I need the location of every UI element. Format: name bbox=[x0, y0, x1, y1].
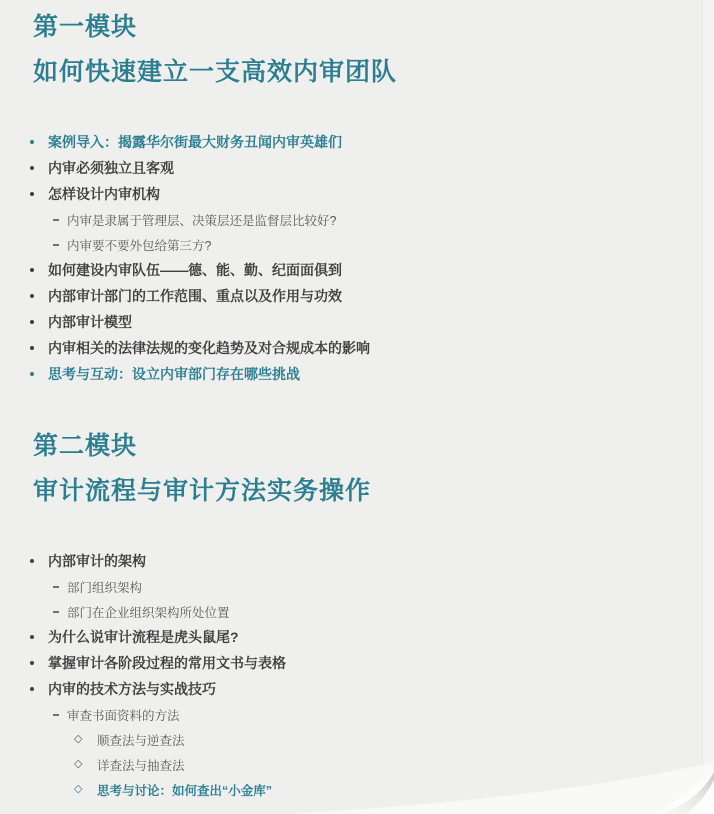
list-item-text: 部门在企业组织架构所处位置 bbox=[67, 603, 230, 621]
dash-bullet-icon bbox=[53, 586, 59, 588]
diamond-bullet-icon: ◇ bbox=[74, 784, 87, 795]
dash-bullet-icon bbox=[53, 244, 59, 246]
list-item: 内审要不要外包给第三方? bbox=[0, 232, 714, 257]
list-item: 为什么说审计流程是虎头鼠尾? bbox=[0, 624, 714, 650]
module-section: 第一模块 如何快速建立一支高效内审团队 案例导入：揭露华尔街最大财务丑闻内审英雄… bbox=[0, 5, 714, 387]
list-item: ◇ 顺查法与逆查法 bbox=[0, 727, 714, 752]
list-item-text: 思考与互动：设立内审部门存在哪些挑战 bbox=[48, 364, 300, 384]
module-title: 第一模块 如何快速建立一支高效内审团队 bbox=[0, 5, 714, 95]
list-item-text: 如何建设内审队伍——德、能、勤、纪面面俱到 bbox=[48, 260, 342, 280]
list-item-text: 内审必须独立且客观 bbox=[48, 158, 174, 178]
list-item: 怎样设计内审机构 bbox=[0, 181, 714, 207]
diamond-bullet-icon: ◇ bbox=[74, 734, 87, 745]
dot-bullet-icon bbox=[30, 687, 34, 691]
list-item-text: 内审的技术方法与实战技巧 bbox=[48, 679, 216, 699]
list-item-text: 详查法与抽查法 bbox=[97, 756, 185, 774]
list-item: 内审相关的法律法规的变化趋势及对合规成本的影响 bbox=[0, 335, 714, 361]
module-title-line1: 第一模块 bbox=[33, 5, 714, 50]
list-item-text: 案例导入：揭露华尔街最大财务丑闻内审英雄们 bbox=[48, 132, 342, 152]
dot-bullet-icon bbox=[30, 559, 34, 563]
list-item-text: 内审是隶属于管理层、决策层还是监督层比较好? bbox=[67, 211, 336, 229]
module-title-line1: 第二模块 bbox=[33, 424, 714, 469]
document-page: 第一模块 如何快速建立一支高效内审团队 案例导入：揭露华尔街最大财务丑闻内审英雄… bbox=[0, 0, 714, 814]
dot-bullet-icon bbox=[30, 192, 34, 196]
list-item: 思考与互动：设立内审部门存在哪些挑战 bbox=[0, 361, 714, 387]
list-item: 内审的技术方法与实战技巧 bbox=[0, 676, 714, 702]
list-item: 案例导入：揭露华尔街最大财务丑闻内审英雄们 bbox=[0, 129, 714, 155]
module-section: 第二模块 审计流程与审计方法实务操作 内部审计的架构 部门组织架构 部门在企业组… bbox=[0, 424, 714, 802]
module-title-line2: 审计流程与审计方法实务操作 bbox=[33, 469, 714, 514]
list-item: 部门组织架构 bbox=[0, 574, 714, 599]
list-item: 如何建设内审队伍——德、能、勤、纪面面俱到 bbox=[0, 257, 714, 283]
list-item: 内审是隶属于管理层、决策层还是监督层比较好? bbox=[0, 207, 714, 232]
dot-bullet-icon bbox=[30, 346, 34, 350]
module-title: 第二模块 审计流程与审计方法实务操作 bbox=[0, 424, 714, 514]
document-content: 第一模块 如何快速建立一支高效内审团队 案例导入：揭露华尔街最大财务丑闻内审英雄… bbox=[0, 0, 714, 802]
list-item: 内部审计模型 bbox=[0, 309, 714, 335]
list-item: 审查书面资料的方法 bbox=[0, 702, 714, 727]
dot-bullet-icon bbox=[30, 320, 34, 324]
dot-bullet-icon bbox=[30, 294, 34, 298]
list-item: 掌握审计各阶段过程的常用文书与表格 bbox=[0, 650, 714, 676]
list-item: ◇ 思考与讨论：如何查出“小金库” bbox=[0, 777, 714, 802]
list-item-text: 内部审计模型 bbox=[48, 312, 132, 332]
list-item-text: 内审要不要外包给第三方? bbox=[67, 236, 211, 254]
dot-bullet-icon bbox=[30, 372, 34, 376]
list-item: 内审必须独立且客观 bbox=[0, 155, 714, 181]
module-title-line2: 如何快速建立一支高效内审团队 bbox=[33, 50, 714, 95]
list-item: ◇ 详查法与抽查法 bbox=[0, 752, 714, 777]
list-item-text: 内部审计的架构 bbox=[48, 551, 146, 571]
list-item-text: 思考与讨论：如何查出“小金库” bbox=[97, 781, 272, 799]
list-item-text: 部门组织架构 bbox=[67, 578, 142, 596]
list-item-text: 怎样设计内审机构 bbox=[48, 184, 160, 204]
dot-bullet-icon bbox=[30, 140, 34, 144]
diamond-bullet-icon: ◇ bbox=[74, 759, 87, 770]
dot-bullet-icon bbox=[30, 268, 34, 272]
dot-bullet-icon bbox=[30, 661, 34, 665]
dash-bullet-icon bbox=[53, 611, 59, 613]
list-item-text: 内审相关的法律法规的变化趋势及对合规成本的影响 bbox=[48, 338, 370, 358]
list-item-text: 内部审计部门的工作范围、重点以及作用与功效 bbox=[48, 286, 342, 306]
list-item-text: 掌握审计各阶段过程的常用文书与表格 bbox=[48, 653, 286, 673]
dash-bullet-icon bbox=[53, 714, 59, 716]
list-item-text: 审查书面资料的方法 bbox=[67, 706, 180, 724]
module-item-list: 内部审计的架构 部门组织架构 部门在企业组织架构所处位置 为什么说审计流程是虎头… bbox=[0, 548, 714, 802]
dot-bullet-icon bbox=[30, 635, 34, 639]
list-item-text: 为什么说审计流程是虎头鼠尾? bbox=[48, 627, 239, 647]
list-item-text: 顺查法与逆查法 bbox=[97, 731, 185, 749]
dot-bullet-icon bbox=[30, 166, 34, 170]
list-item: 内部审计的架构 bbox=[0, 548, 714, 574]
list-item: 内部审计部门的工作范围、重点以及作用与功效 bbox=[0, 283, 714, 309]
module-item-list: 案例导入：揭露华尔街最大财务丑闻内审英雄们 内审必须独立且客观 怎样设计内审机构… bbox=[0, 129, 714, 387]
dash-bullet-icon bbox=[53, 219, 59, 221]
list-item: 部门在企业组织架构所处位置 bbox=[0, 599, 714, 624]
